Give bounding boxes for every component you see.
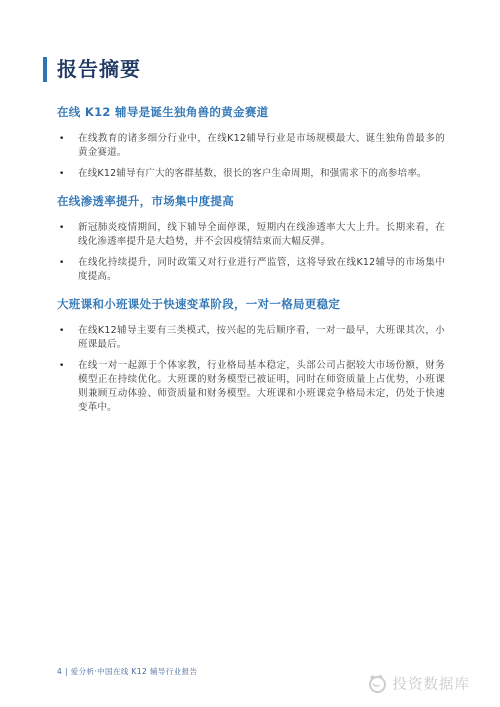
page-title-text: 报告摘要 (57, 57, 141, 81)
bullet-list: 新冠肺炎疫情期间，线下辅导全面停课，短期内在线渗透率大大上升。长期来看，在线化渗… (57, 221, 445, 284)
bullet-item: 在线教育的诸多细分行业中，在线K12辅导行业是市场规模最大、诞生独角兽最多的黄金… (57, 132, 445, 160)
bullet-item: 在线化持续提升，同时政策又对行业进行严监管，这将导致在线K12辅导的市场集中度提… (57, 256, 445, 284)
bullet-list: 在线教育的诸多细分行业中，在线K12辅导行业是市场规模最大、诞生独角兽最多的黄金… (57, 132, 445, 181)
bullet-list: 在线K12辅导主要有三类模式，按兴起的先后顺序看，一对一最早，大班课其次，小班课… (57, 324, 445, 415)
page-footer: 4 | 爱分析·中国在线 K12 辅导行业报告 (57, 666, 197, 677)
report-page: 报告摘要 在线 K12 辅导是诞生独角兽的黄金赛道 在线教育的诸多细分行业中，在… (0, 0, 500, 707)
watermark-label: 投资数据库 (393, 673, 471, 694)
bullet-item: 在线K12辅导主要有三类模式，按兴起的先后顺序看，一对一最早，大班课其次，小班课… (57, 324, 445, 352)
watermark: 投资数据库 (367, 673, 471, 694)
section-class-models: 大班课和小班课处于快速变革阶段，一对一格局更稳定 在线K12辅导主要有三类模式，… (57, 297, 445, 415)
section-heading: 大班课和小班课处于快速变革阶段，一对一格局更稳定 (57, 297, 445, 312)
bullet-item: 在线K12辅导有广大的客群基数，很长的客户生命周期，和强需求下的高参培率。 (57, 167, 445, 181)
section-penetration: 在线渗透率提升，市场集中度提高 新冠肺炎疫情期间，线下辅导全面停课，短期内在线渗… (57, 194, 445, 284)
section-heading: 在线渗透率提升，市场集中度提高 (57, 194, 445, 209)
page-content: 报告摘要 在线 K12 辅导是诞生独角兽的黄金赛道 在线教育的诸多细分行业中，在… (57, 54, 445, 428)
investment-database-logo-icon (367, 673, 388, 694)
section-golden-track: 在线 K12 辅导是诞生独角兽的黄金赛道 在线教育的诸多细分行业中，在线K12辅… (57, 105, 445, 181)
bullet-item: 新冠肺炎疫情期间，线下辅导全面停课，短期内在线渗透率大大上升。长期来看，在线化渗… (57, 221, 445, 249)
title-accent-bar (43, 57, 47, 82)
bullet-item: 在线一对一起源于个体家教，行业格局基本稳定，头部公司占据较大市场份额，财务模型正… (57, 359, 445, 415)
page-title: 报告摘要 (57, 54, 445, 84)
section-heading: 在线 K12 辅导是诞生独角兽的黄金赛道 (57, 105, 445, 120)
